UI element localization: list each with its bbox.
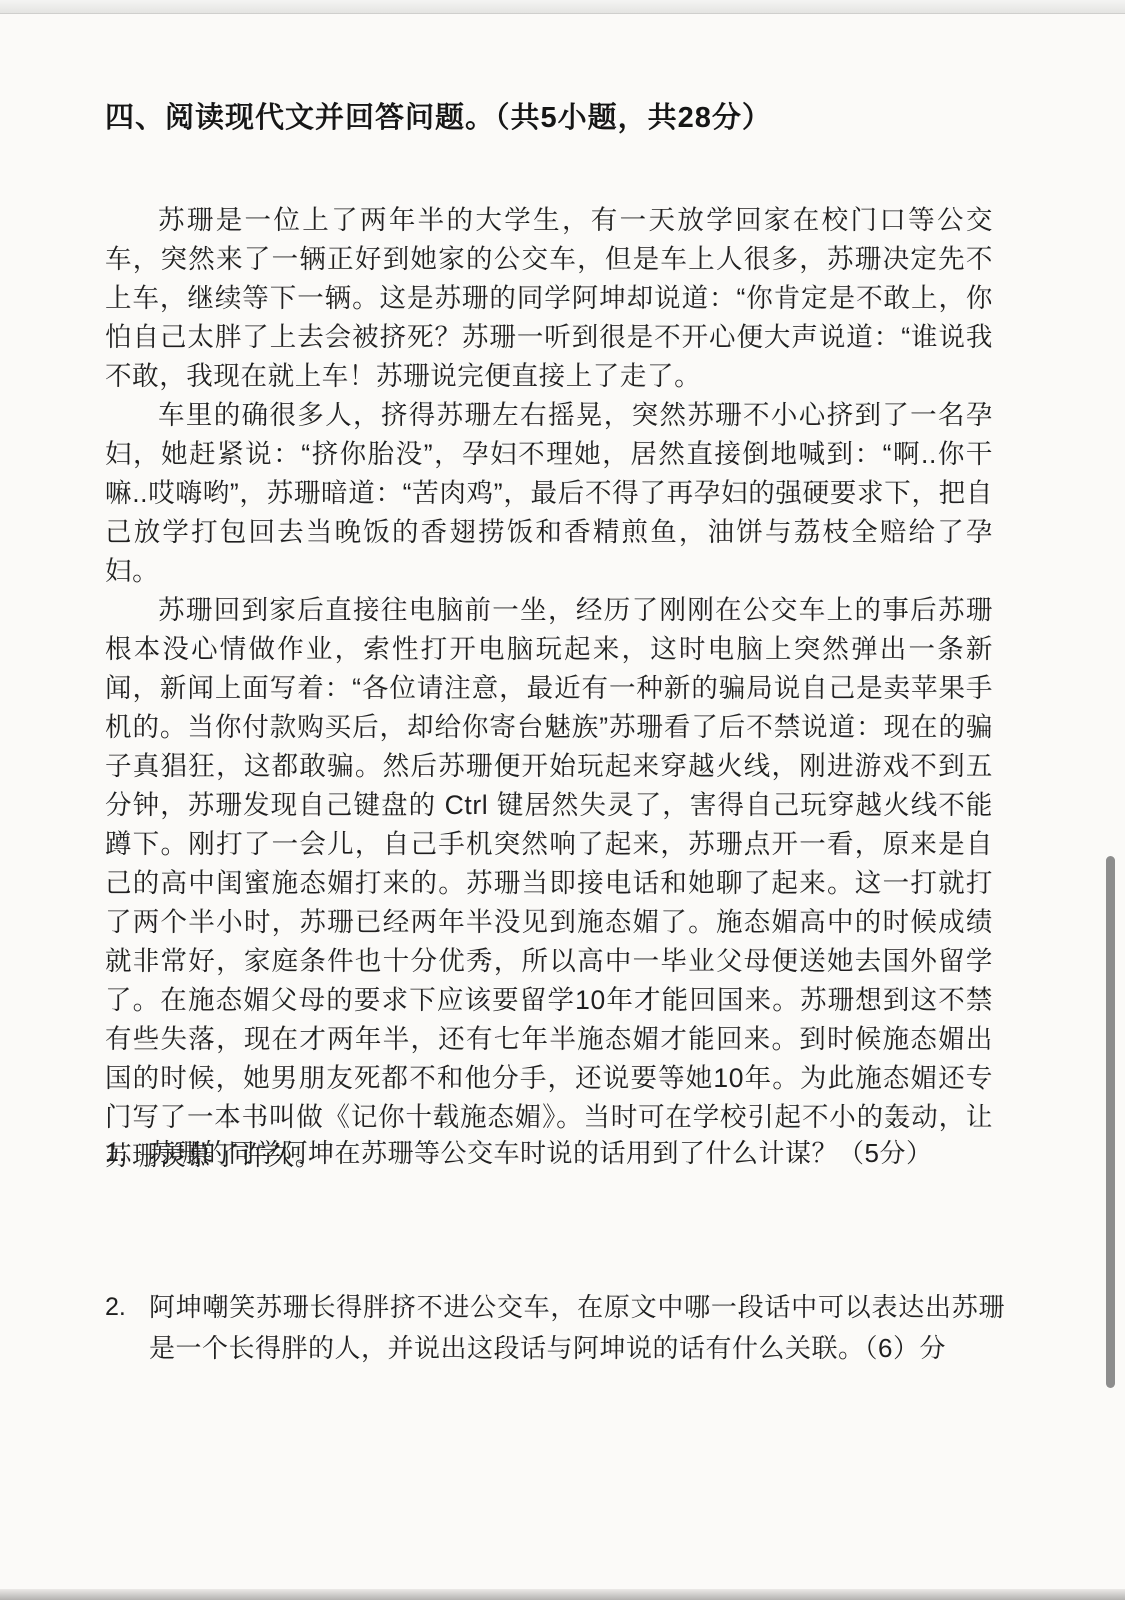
passage-paragraph-3: 苏珊回到家后直接往电脑前一坐，经历了刚刚在公交车上的事后苏珊根本没心情做作业，索… (105, 591, 993, 1176)
scrollbar-thumb[interactable] (1106, 856, 1115, 1388)
question-number: 1. (105, 1133, 149, 1174)
reading-passage: 苏珊是一位上了两年半的大学生，有一天放学回家在校门口等公交车，突然来了一辆正好到… (105, 201, 993, 1176)
question-item-1: 1. 苏珊的同学阿坤在苏珊等公交车时说的话用到了什么计谋？（5分） (105, 1133, 1005, 1174)
bottom-edge-bar (0, 1589, 1125, 1600)
passage-paragraph-2: 车里的确很多人，挤得苏珊左右摇晃，突然苏珊不小心挤到了一名孕妇，她赶紧说：“挤你… (105, 396, 993, 591)
passage-paragraph-1: 苏珊是一位上了两年半的大学生，有一天放学回家在校门口等公交车，突然来了一辆正好到… (105, 201, 993, 396)
section-title: 四、阅读现代文并回答问题。（共5小题，共28分） (105, 98, 993, 138)
top-edge-bar (0, 0, 1125, 14)
question-item-2: 2. 阿坤嘲笑苏珊长得胖挤不进公交车，在原文中哪一段话中可以表达出苏珊是一个长得… (105, 1287, 1005, 1369)
question-text: 阿坤嘲笑苏珊长得胖挤不进公交车，在原文中哪一段话中可以表达出苏珊是一个长得胖的人… (149, 1287, 1005, 1369)
question-number: 2. (105, 1287, 149, 1328)
document-content: 四、阅读现代文并回答问题。（共5小题，共28分） 苏珊是一位上了两年半的大学生，… (105, 98, 993, 1176)
document-page: 四、阅读现代文并回答问题。（共5小题，共28分） 苏珊是一位上了两年半的大学生，… (0, 0, 1125, 1600)
question-text: 苏珊的同学阿坤在苏珊等公交车时说的话用到了什么计谋？（5分） (149, 1133, 1005, 1174)
